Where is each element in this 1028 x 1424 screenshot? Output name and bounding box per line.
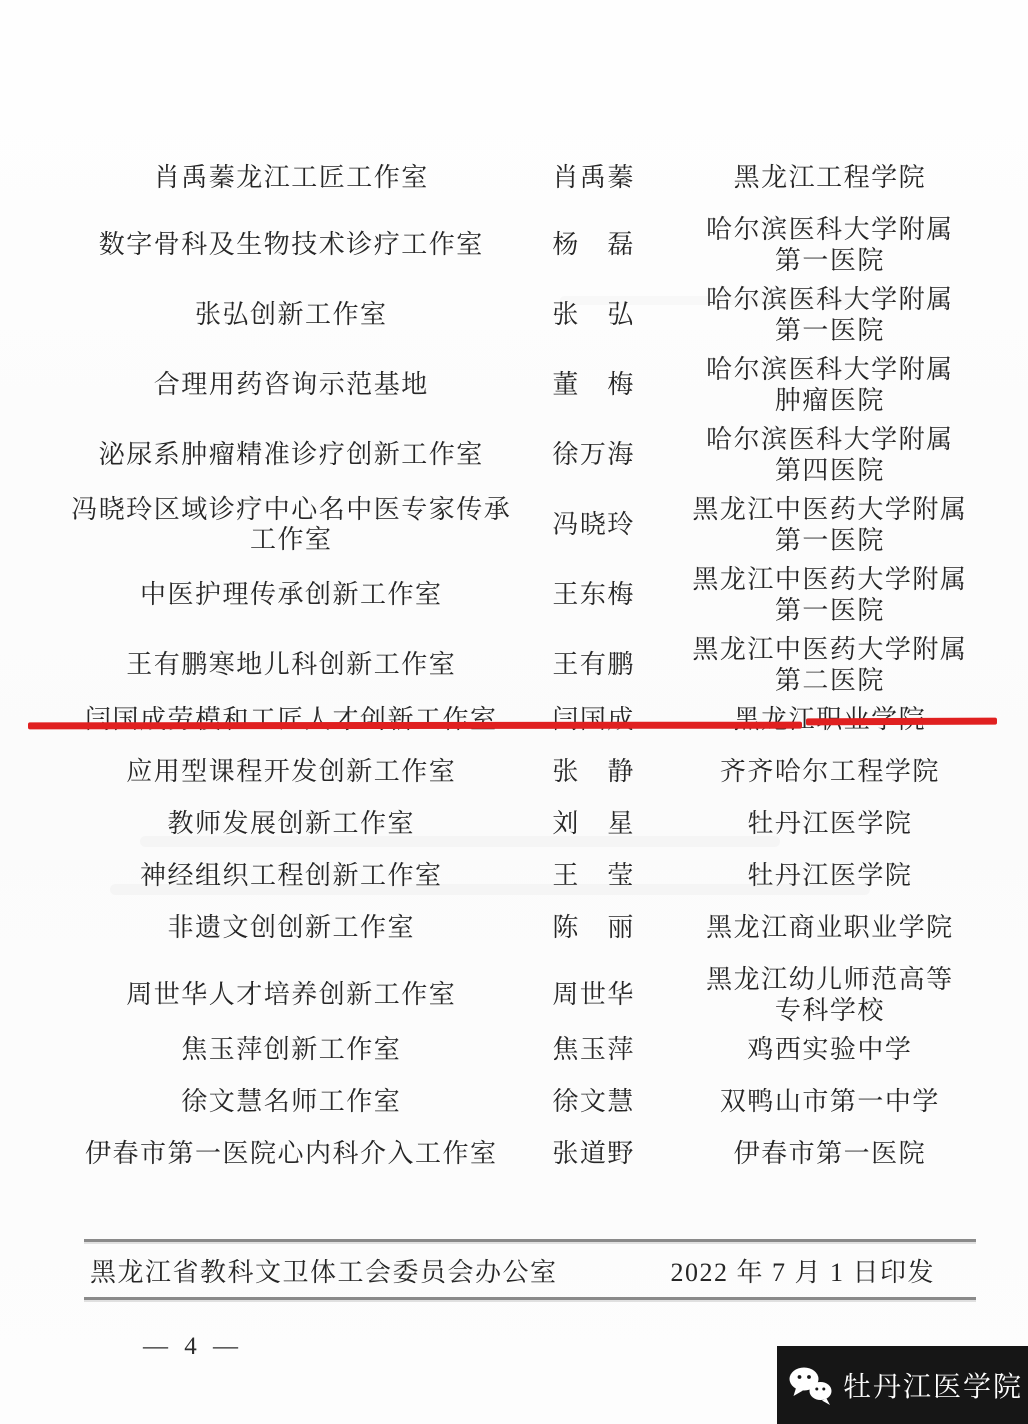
- table-row: 中医护理传承创新工作室王东梅黑龙江中医药大学附属第一医院: [55, 564, 1000, 626]
- workshop-name: 焦玉萍创新工作室: [55, 1035, 528, 1065]
- workshop-name: 王有鹏寒地儿科创新工作室: [55, 650, 528, 680]
- leader-name: 王 莹: [528, 861, 660, 891]
- footer-rule-bottom: [84, 1297, 976, 1300]
- workshop-name: 非遗文创创新工作室: [55, 913, 528, 943]
- leader-name: 张道野: [528, 1139, 660, 1169]
- table-row: 焦玉萍创新工作室焦玉萍鸡西实验中学: [55, 1034, 1000, 1065]
- table-row: 冯晓玲区域诊疗中心名中医专家传承工作室冯晓玲黑龙江中医药大学附属第一医院: [55, 494, 1000, 556]
- table-row: 神经组织工程创新工作室王 莹牡丹江医学院: [55, 860, 1000, 891]
- table-row: 王有鹏寒地儿科创新工作室王有鹏黑龙江中医药大学附属第二医院: [55, 634, 1000, 696]
- leader-name: 周世华: [528, 980, 660, 1010]
- wechat-icon: [787, 1364, 835, 1406]
- table-row: 肖禹蓁龙江工匠工作室肖禹蓁黑龙江工程学院: [55, 162, 1000, 193]
- page-number: — 4 —: [143, 1333, 243, 1361]
- footer: 黑龙江省教科文卫体工会委员会办公室 2022 年 7 月 1 日印发: [90, 1252, 935, 1289]
- institution-name: 黑龙江中医药大学附属第一医院: [660, 564, 1000, 626]
- table-row: 张弘创新工作室张 弘哈尔滨医科大学附属第一医院: [55, 284, 1000, 346]
- institution-name: 牡丹江医学院: [660, 808, 1000, 839]
- footer-rule-top: [84, 1239, 976, 1242]
- institution-name: 双鸭山市第一中学: [660, 1086, 1000, 1117]
- institution-name: 哈尔滨医科大学附属第一医院: [660, 284, 1000, 346]
- workshop-name: 肖禹蓁龙江工匠工作室: [55, 163, 528, 193]
- leader-name: 焦玉萍: [528, 1035, 660, 1065]
- footer-issuer: 黑龙江省教科文卫体工会委员会办公室: [90, 1252, 558, 1289]
- institution-name: 哈尔滨医科大学附属第四医院: [660, 424, 1000, 486]
- table-row: 徐文慧名师工作室徐文慧双鸭山市第一中学: [55, 1086, 1000, 1117]
- workshop-name: 张弘创新工作室: [55, 300, 528, 330]
- table-row: 教师发展创新工作室刘 星牡丹江医学院: [55, 808, 1000, 839]
- leader-name: 杨 磊: [528, 230, 660, 260]
- workshop-name: 伊春市第一医院心内科介入工作室: [55, 1139, 528, 1169]
- wechat-account-name: 牡丹江医学院: [843, 1365, 1023, 1405]
- leader-name: 徐文慧: [528, 1087, 660, 1117]
- institution-name: 黑龙江中医药大学附属第二医院: [660, 634, 1000, 696]
- institution-name: 哈尔滨医科大学附属第一医院: [660, 214, 1000, 276]
- table-row: 数字骨科及生物技术诊疗工作室杨 磊哈尔滨医科大学附属第一医院: [55, 214, 1000, 276]
- leader-name: 冯晓玲: [528, 510, 660, 540]
- workshop-name: 徐文慧名师工作室: [55, 1087, 528, 1117]
- leader-name: 王有鹏: [528, 650, 660, 680]
- highlight-underline-right: [806, 718, 997, 726]
- workshop-name: 应用型课程开发创新工作室: [55, 757, 528, 787]
- workshop-table: 肖禹蓁龙江工匠工作室肖禹蓁黑龙江工程学院数字骨科及生物技术诊疗工作室杨 磊哈尔滨…: [55, 162, 1000, 1190]
- leader-name: 张 静: [528, 757, 660, 787]
- institution-name: 伊春市第一医院: [660, 1138, 1000, 1169]
- workshop-name: 合理用药咨询示范基地: [55, 370, 528, 400]
- workshop-name: 闫国成劳模和工匠人才创新工作室: [55, 705, 528, 735]
- workshop-name: 数字骨科及生物技术诊疗工作室: [55, 230, 528, 260]
- institution-name: 黑龙江工程学院: [660, 162, 1000, 193]
- institution-name: 黑龙江中医药大学附属第一医院: [660, 494, 1000, 556]
- highlight-underline-left: [28, 722, 802, 730]
- table-row: 泌尿系肿瘤精准诊疗创新工作室徐万海哈尔滨医科大学附属第四医院: [55, 424, 1000, 486]
- leader-name: 闫国成: [528, 705, 660, 735]
- institution-name: 黑龙江幼儿师范高等专科学校: [660, 964, 1000, 1026]
- workshop-name: 冯晓玲区域诊疗中心名中医专家传承工作室: [55, 495, 528, 555]
- wechat-watermark: 牡丹江医学院: [777, 1346, 1028, 1424]
- table-row: 伊春市第一医院心内科介入工作室张道野伊春市第一医院: [55, 1138, 1000, 1169]
- footer-date: 2022 年 7 月 1 日印发: [670, 1252, 935, 1289]
- leader-name: 董 梅: [528, 370, 660, 400]
- institution-name: 齐齐哈尔工程学院: [660, 756, 1000, 787]
- leader-name: 肖禹蓁: [528, 163, 660, 193]
- table-row: 应用型课程开发创新工作室张 静齐齐哈尔工程学院: [55, 756, 1000, 787]
- leader-name: 刘 星: [528, 809, 660, 839]
- workshop-name: 神经组织工程创新工作室: [55, 861, 528, 891]
- institution-name: 牡丹江医学院: [660, 860, 1000, 891]
- workshop-name: 中医护理传承创新工作室: [55, 580, 528, 610]
- leader-name: 张 弘: [528, 300, 660, 330]
- table-row: 合理用药咨询示范基地董 梅哈尔滨医科大学附属肿瘤医院: [55, 354, 1000, 416]
- institution-name: 黑龙江商业职业学院: [660, 912, 1000, 943]
- table-row: 周世华人才培养创新工作室周世华黑龙江幼儿师范高等专科学校: [55, 964, 1000, 1026]
- leader-name: 徐万海: [528, 440, 660, 470]
- leader-name: 王东梅: [528, 580, 660, 610]
- workshop-name: 教师发展创新工作室: [55, 809, 528, 839]
- leader-name: 陈 丽: [528, 913, 660, 943]
- document-page: 肖禹蓁龙江工匠工作室肖禹蓁黑龙江工程学院数字骨科及生物技术诊疗工作室杨 磊哈尔滨…: [0, 0, 1028, 1424]
- table-row: 非遗文创创新工作室陈 丽黑龙江商业职业学院: [55, 912, 1000, 943]
- institution-name: 鸡西实验中学: [660, 1034, 1000, 1065]
- institution-name: 哈尔滨医科大学附属肿瘤医院: [660, 354, 1000, 416]
- workshop-name: 周世华人才培养创新工作室: [55, 980, 528, 1010]
- workshop-name: 泌尿系肿瘤精准诊疗创新工作室: [55, 440, 528, 470]
